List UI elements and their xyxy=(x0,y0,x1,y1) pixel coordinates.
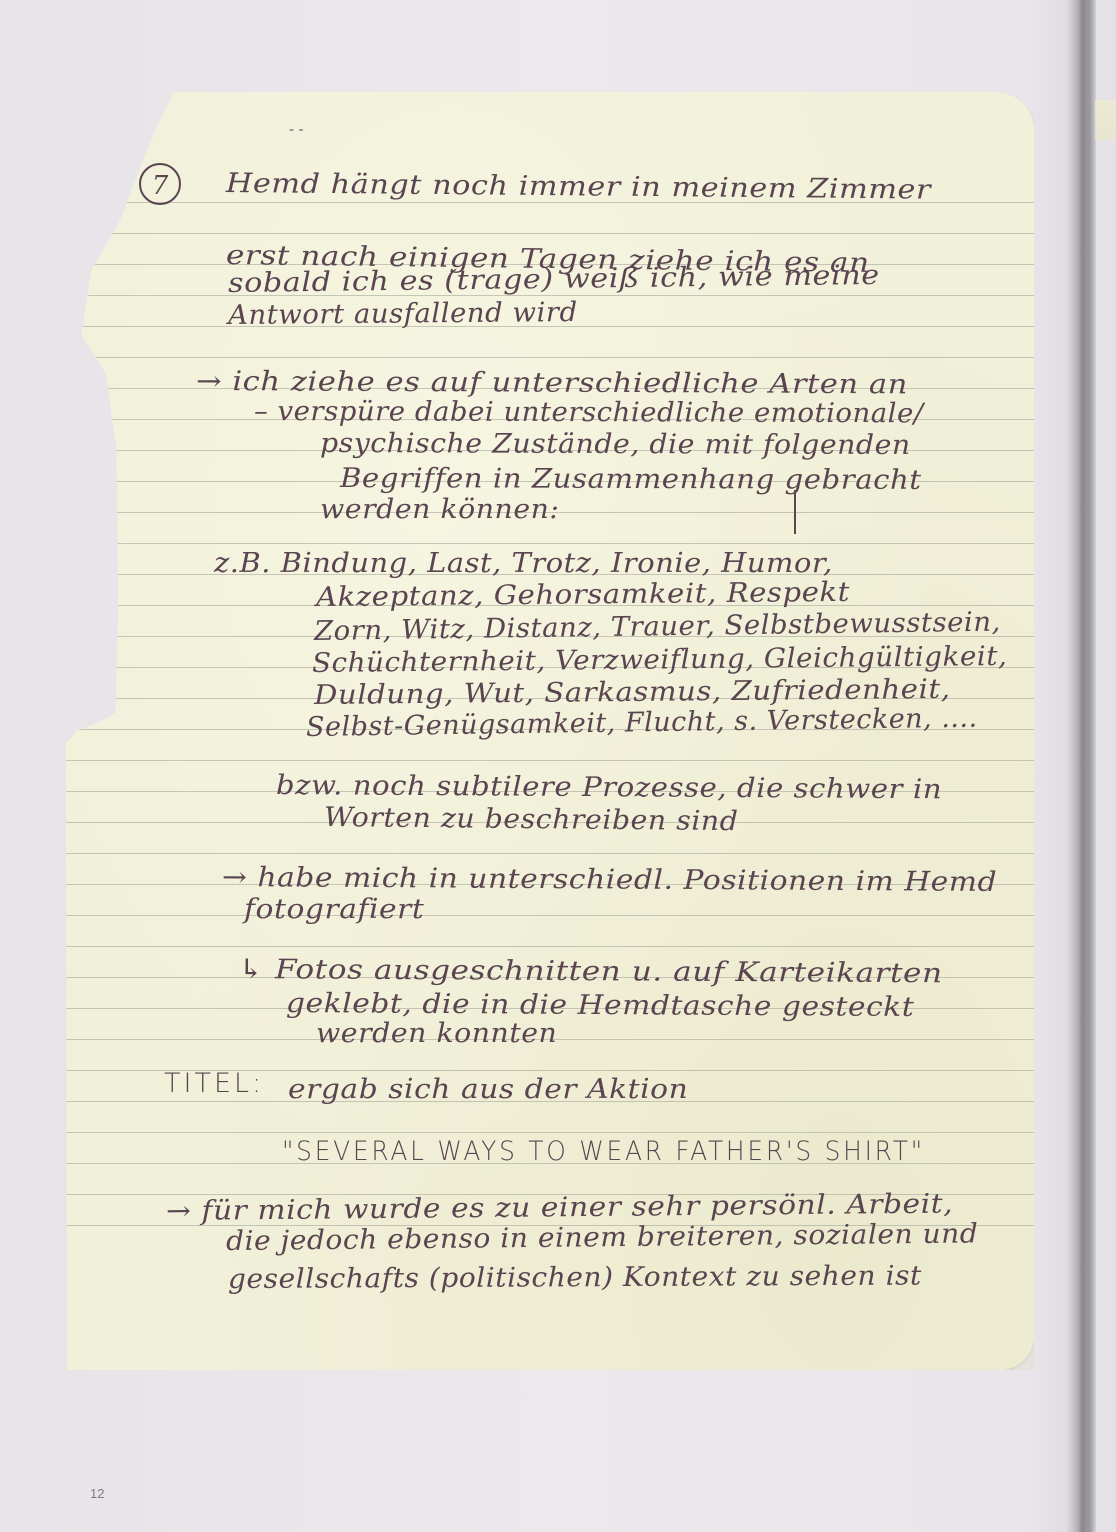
note-line: Worten zu beschreiben sind xyxy=(324,802,739,837)
facing-page-paper-corner xyxy=(1095,100,1116,140)
artwork-title: "SEVERAL WAYS TO WEAR FATHER'S SHIRT" xyxy=(282,1136,925,1167)
note-line: → ich ziehe es auf unterschiedliche Arte… xyxy=(196,366,908,400)
note-line: gesellschafts (politischen) Kontext zu s… xyxy=(228,1261,922,1295)
note-line: psychische Zustände, die mit folgenden xyxy=(320,428,911,461)
page-number: 12 xyxy=(90,1486,104,1501)
note-line: – verspüre dabei unterschiedliche emotio… xyxy=(254,396,924,429)
note-line: z.B. Bindung, Last, Trotz, Ironie, Humor… xyxy=(214,548,833,579)
note-line: werden konnten xyxy=(316,1018,557,1049)
note-line: Hemd hängt noch immer in meinem Zimmer xyxy=(226,168,931,206)
note-line: ergab sich aus der Aktion xyxy=(288,1074,688,1105)
title-label: TITEL: xyxy=(164,1068,264,1099)
book-gutter-shadow xyxy=(1066,0,1096,1532)
circled-item-number: 7 xyxy=(139,163,181,205)
note-line: fotografiert xyxy=(244,894,424,925)
note-line: → habe mich in unterschiedl. Positionen … xyxy=(222,862,997,898)
stray-ink-mark: - - xyxy=(289,122,304,138)
note-line: Akzeptanz, Gehorsamkeit, Respekt xyxy=(316,577,850,613)
note-line: bzw. noch subtilere Prozesse, die schwer… xyxy=(276,770,942,805)
note-line: werden können: xyxy=(320,494,559,525)
note-line: Begriffen in Zusammenhang gebracht xyxy=(340,463,922,496)
note-line: ↳ Fotos ausgeschnitten u. auf Karteikart… xyxy=(238,954,943,989)
facing-page-edge xyxy=(1096,0,1116,1532)
connector-stroke xyxy=(794,490,796,534)
note-line: Antwort ausfallend wird xyxy=(228,297,578,331)
